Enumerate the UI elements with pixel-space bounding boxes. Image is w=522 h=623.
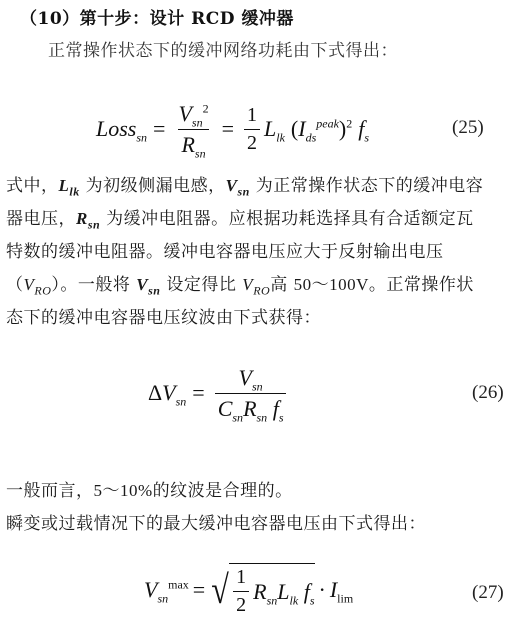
- equation-25: Losssn = Vsn2 Rsn = 1 2 Llk ( Idspeak )2…: [96, 96, 369, 162]
- eq25-lhs: Losssn: [96, 116, 147, 142]
- equation-26: ΔVsn = Vsn CsnRsn fs: [148, 360, 290, 426]
- eq27-sqrt: √ 1 2 RsnLlk fs: [209, 563, 314, 617]
- para1-line3: 特数的缓冲电阻器。缓冲电容器电压应大于反射输出电压: [6, 241, 444, 263]
- para2-line2: 瞬变或过载情况下的最大缓冲电容器电压由下式得出：: [6, 513, 426, 535]
- section-heading: （10）第十步：设计 RCD 缓冲器: [20, 8, 294, 30]
- equation-number-26: (26): [472, 382, 504, 404]
- eq25-fraction: Vsn2 Rsn: [175, 101, 211, 158]
- para1-line5: 态下的缓冲电容器电压纹波由下式获得：: [6, 307, 321, 329]
- para1-line2: 器电压，Rsn 为缓冲电阻器。应根据功耗选择具有合适额定瓦: [6, 208, 474, 230]
- equation-number-25: (25): [452, 117, 484, 139]
- eq25-half: 1 2: [244, 104, 260, 155]
- eq27-half: 1 2: [233, 566, 249, 617]
- equation-number-27: (27): [472, 582, 504, 604]
- para1-line1: 式中，Llk 为初级侧漏电感，Vsn 为正常操作状态下的缓冲电容: [6, 175, 483, 197]
- para1-line4: （VRO）。一般将 Vsn 设定得比 VRO高 50～100V。正常操作状: [6, 274, 474, 296]
- para2-line1: 一般而言，5～10%的纹波是合理的。: [6, 480, 293, 502]
- equation-27: Vsnmax = √ 1 2 RsnLlk fs · Ilim: [144, 560, 353, 620]
- eq26-fraction: Vsn CsnRsn fs: [215, 365, 287, 422]
- intro-text: 正常操作状态下的缓冲网络功耗由下式得出：: [48, 40, 398, 62]
